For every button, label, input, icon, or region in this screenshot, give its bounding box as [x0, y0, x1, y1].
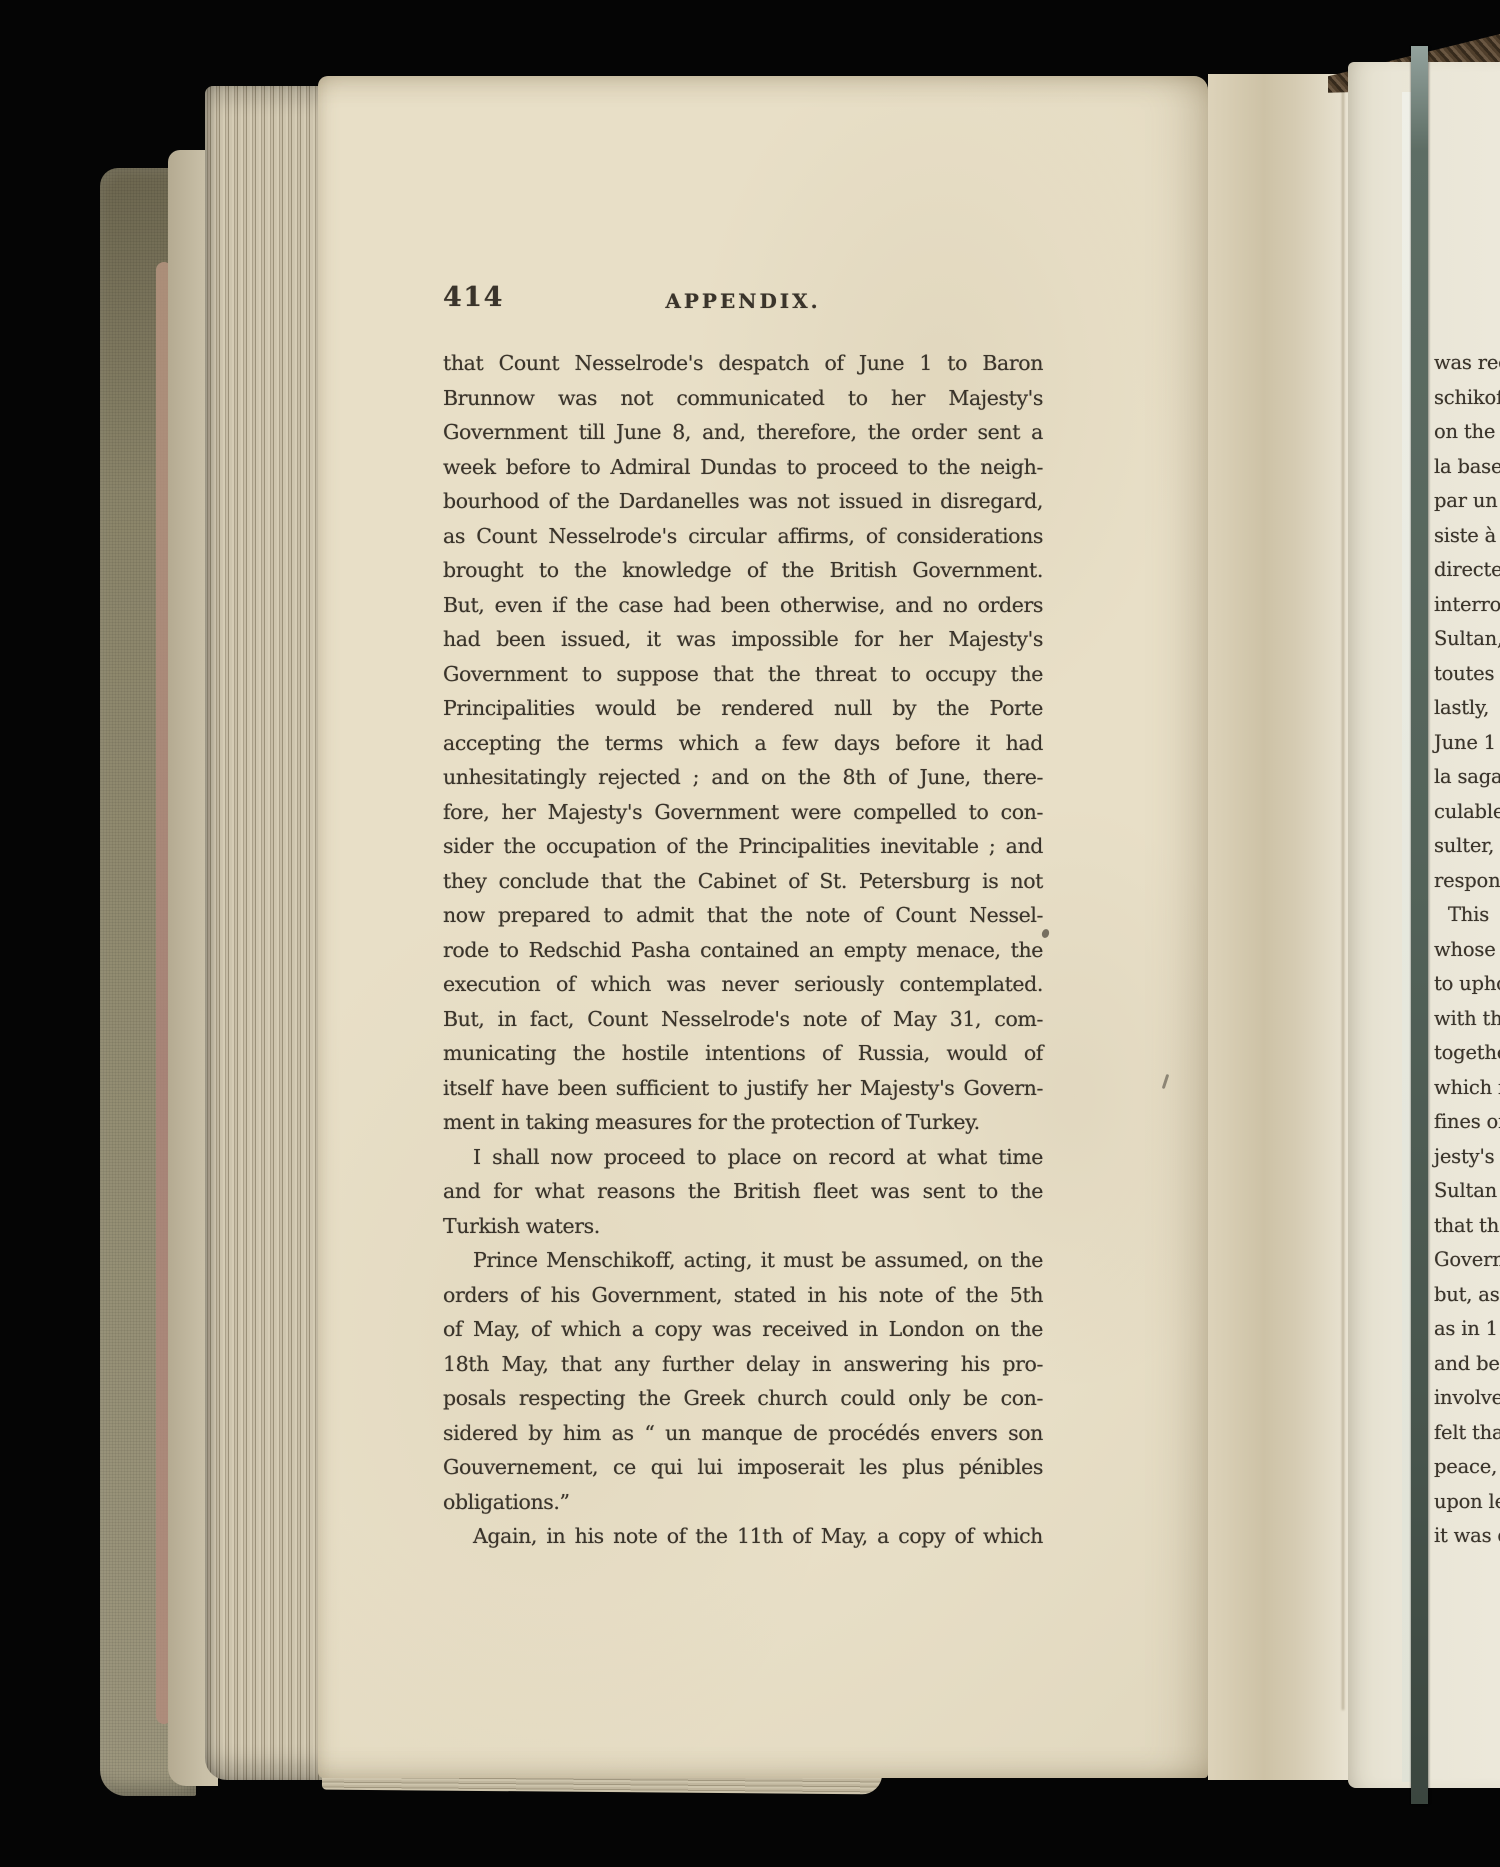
text-line: rode to Redschid Pasha contained an empt…	[443, 933, 1043, 968]
text-line: obligations.”	[443, 1485, 1043, 1520]
text-line: Turkish waters.	[443, 1209, 1043, 1244]
right-text-line: togethe	[1434, 1036, 1500, 1071]
right-text-line: peace, t	[1434, 1450, 1500, 1485]
text-line: brought to the knowledge of the British …	[443, 553, 1043, 588]
text-line: But, in fact, Count Nesselrode's note of…	[443, 1002, 1043, 1037]
right-text-line: siste à	[1434, 519, 1500, 554]
text-line: Again, in his note of the 11th of May, a…	[443, 1519, 1043, 1554]
right-text-line: but, as	[1434, 1278, 1500, 1313]
right-text-line: June 1	[1434, 726, 1500, 761]
right-text-line: Govern	[1434, 1243, 1500, 1278]
text-line: fore, her Majesty's Government were comp…	[443, 795, 1043, 830]
text-line: itself have been sufficient to justify h…	[443, 1071, 1043, 1106]
right-text-line: that th	[1434, 1209, 1500, 1244]
text-line: ment in taking measures for the protecti…	[443, 1105, 1043, 1140]
right-text-line: interror	[1434, 588, 1500, 623]
right-text-line: which f	[1434, 1071, 1500, 1106]
right-text-line: on the	[1434, 415, 1500, 450]
right-text-line: respons	[1434, 864, 1500, 899]
text-line: now prepared to admit that the note of C…	[443, 898, 1043, 933]
text-line: week before to Admiral Dundas to proceed…	[443, 450, 1043, 485]
book-strap	[1411, 46, 1428, 1804]
right-text-line: and bel	[1434, 1347, 1500, 1382]
text-line: I shall now proceed to place on record a…	[443, 1140, 1043, 1175]
right-text-line: felt tha	[1434, 1416, 1500, 1451]
text-line: they conclude that the Cabinet of St. Pe…	[443, 864, 1043, 899]
text-line: But, even if the case had been otherwise…	[443, 588, 1043, 623]
text-line: Government to suppose that the threat to…	[443, 657, 1043, 692]
gutter-crease	[1342, 90, 1344, 1710]
text-line: sider the occupation of the Principaliti…	[443, 829, 1043, 864]
right-text-line: Sultan,	[1434, 622, 1500, 657]
right-text-line: toutes	[1434, 657, 1500, 692]
running-header: APPENDIX.	[443, 289, 1043, 313]
right-text-line: upon le	[1434, 1485, 1500, 1520]
right-text-line: schikoff	[1434, 381, 1500, 416]
gutter-shadow	[1208, 74, 1348, 1780]
text-line: sidered by him as “ un manque de procédé…	[443, 1416, 1043, 1451]
right-text-line: it was d	[1434, 1519, 1500, 1554]
right-text-line: This	[1434, 898, 1500, 933]
text-line: Principalities would be rendered null by…	[443, 691, 1043, 726]
right-text-line: with th	[1434, 1002, 1500, 1037]
right-text-line: la base	[1434, 450, 1500, 485]
right-text-line: jesty's	[1434, 1140, 1500, 1175]
page-edge-stack	[205, 86, 331, 1780]
text-line: unhesitatingly rejected ; and on the 8th…	[443, 760, 1043, 795]
right-text-line: involve	[1434, 1381, 1500, 1416]
text-line: of May, of which a copy was received in …	[443, 1312, 1043, 1347]
right-text-line: was rec	[1434, 346, 1500, 381]
text-line: and for what reasons the British fleet w…	[443, 1174, 1043, 1209]
text-line: that Count Nesselrode's despatch of June…	[443, 346, 1043, 381]
text-line: posals respecting the Greek church could…	[443, 1381, 1043, 1416]
text-line: orders of his Government, stated in his …	[443, 1278, 1043, 1313]
text-line: Government till June 8, and, therefore, …	[443, 415, 1043, 450]
main-text: that Count Nesselrode's despatch of June…	[443, 346, 1043, 1554]
right-page-edge-highlight	[1402, 92, 1411, 1782]
right-text-line: fines of	[1434, 1105, 1500, 1140]
text-line: Gouvernement, ce qui lui imposerait les …	[443, 1450, 1043, 1485]
right-text-line: to upho	[1434, 967, 1500, 1002]
right-text-line: culable	[1434, 795, 1500, 830]
text-line: accepting the terms which a few days bef…	[443, 726, 1043, 761]
right-text-line: sulter,	[1434, 829, 1500, 864]
text-line: Brunnow was not communicated to her Maje…	[443, 381, 1043, 416]
right-text-line: as in 1	[1434, 1312, 1500, 1347]
right-page-text: was recschikoffon thela basepar unsiste …	[1434, 346, 1500, 1554]
right-text-line: Sultan	[1434, 1174, 1500, 1209]
text-line: execution of which was never seriously c…	[443, 967, 1043, 1002]
right-text-line: directe,	[1434, 553, 1500, 588]
text-line: municating the hostile intentions of Rus…	[443, 1036, 1043, 1071]
text-line: 18th May, that any further delay in answ…	[443, 1347, 1043, 1382]
text-line: as Count Nesselrode's circular affirms, …	[443, 519, 1043, 554]
text-line: had been issued, it was impossible for h…	[443, 622, 1043, 657]
right-text-line: lastly,	[1434, 691, 1500, 726]
right-text-line: par un	[1434, 484, 1500, 519]
right-text-line: la saga	[1434, 760, 1500, 795]
text-line: bourhood of the Dardanelles was not issu…	[443, 484, 1043, 519]
text-line: Prince Menschikoff, acting, it must be a…	[443, 1243, 1043, 1278]
right-text-line: whose i	[1434, 933, 1500, 968]
